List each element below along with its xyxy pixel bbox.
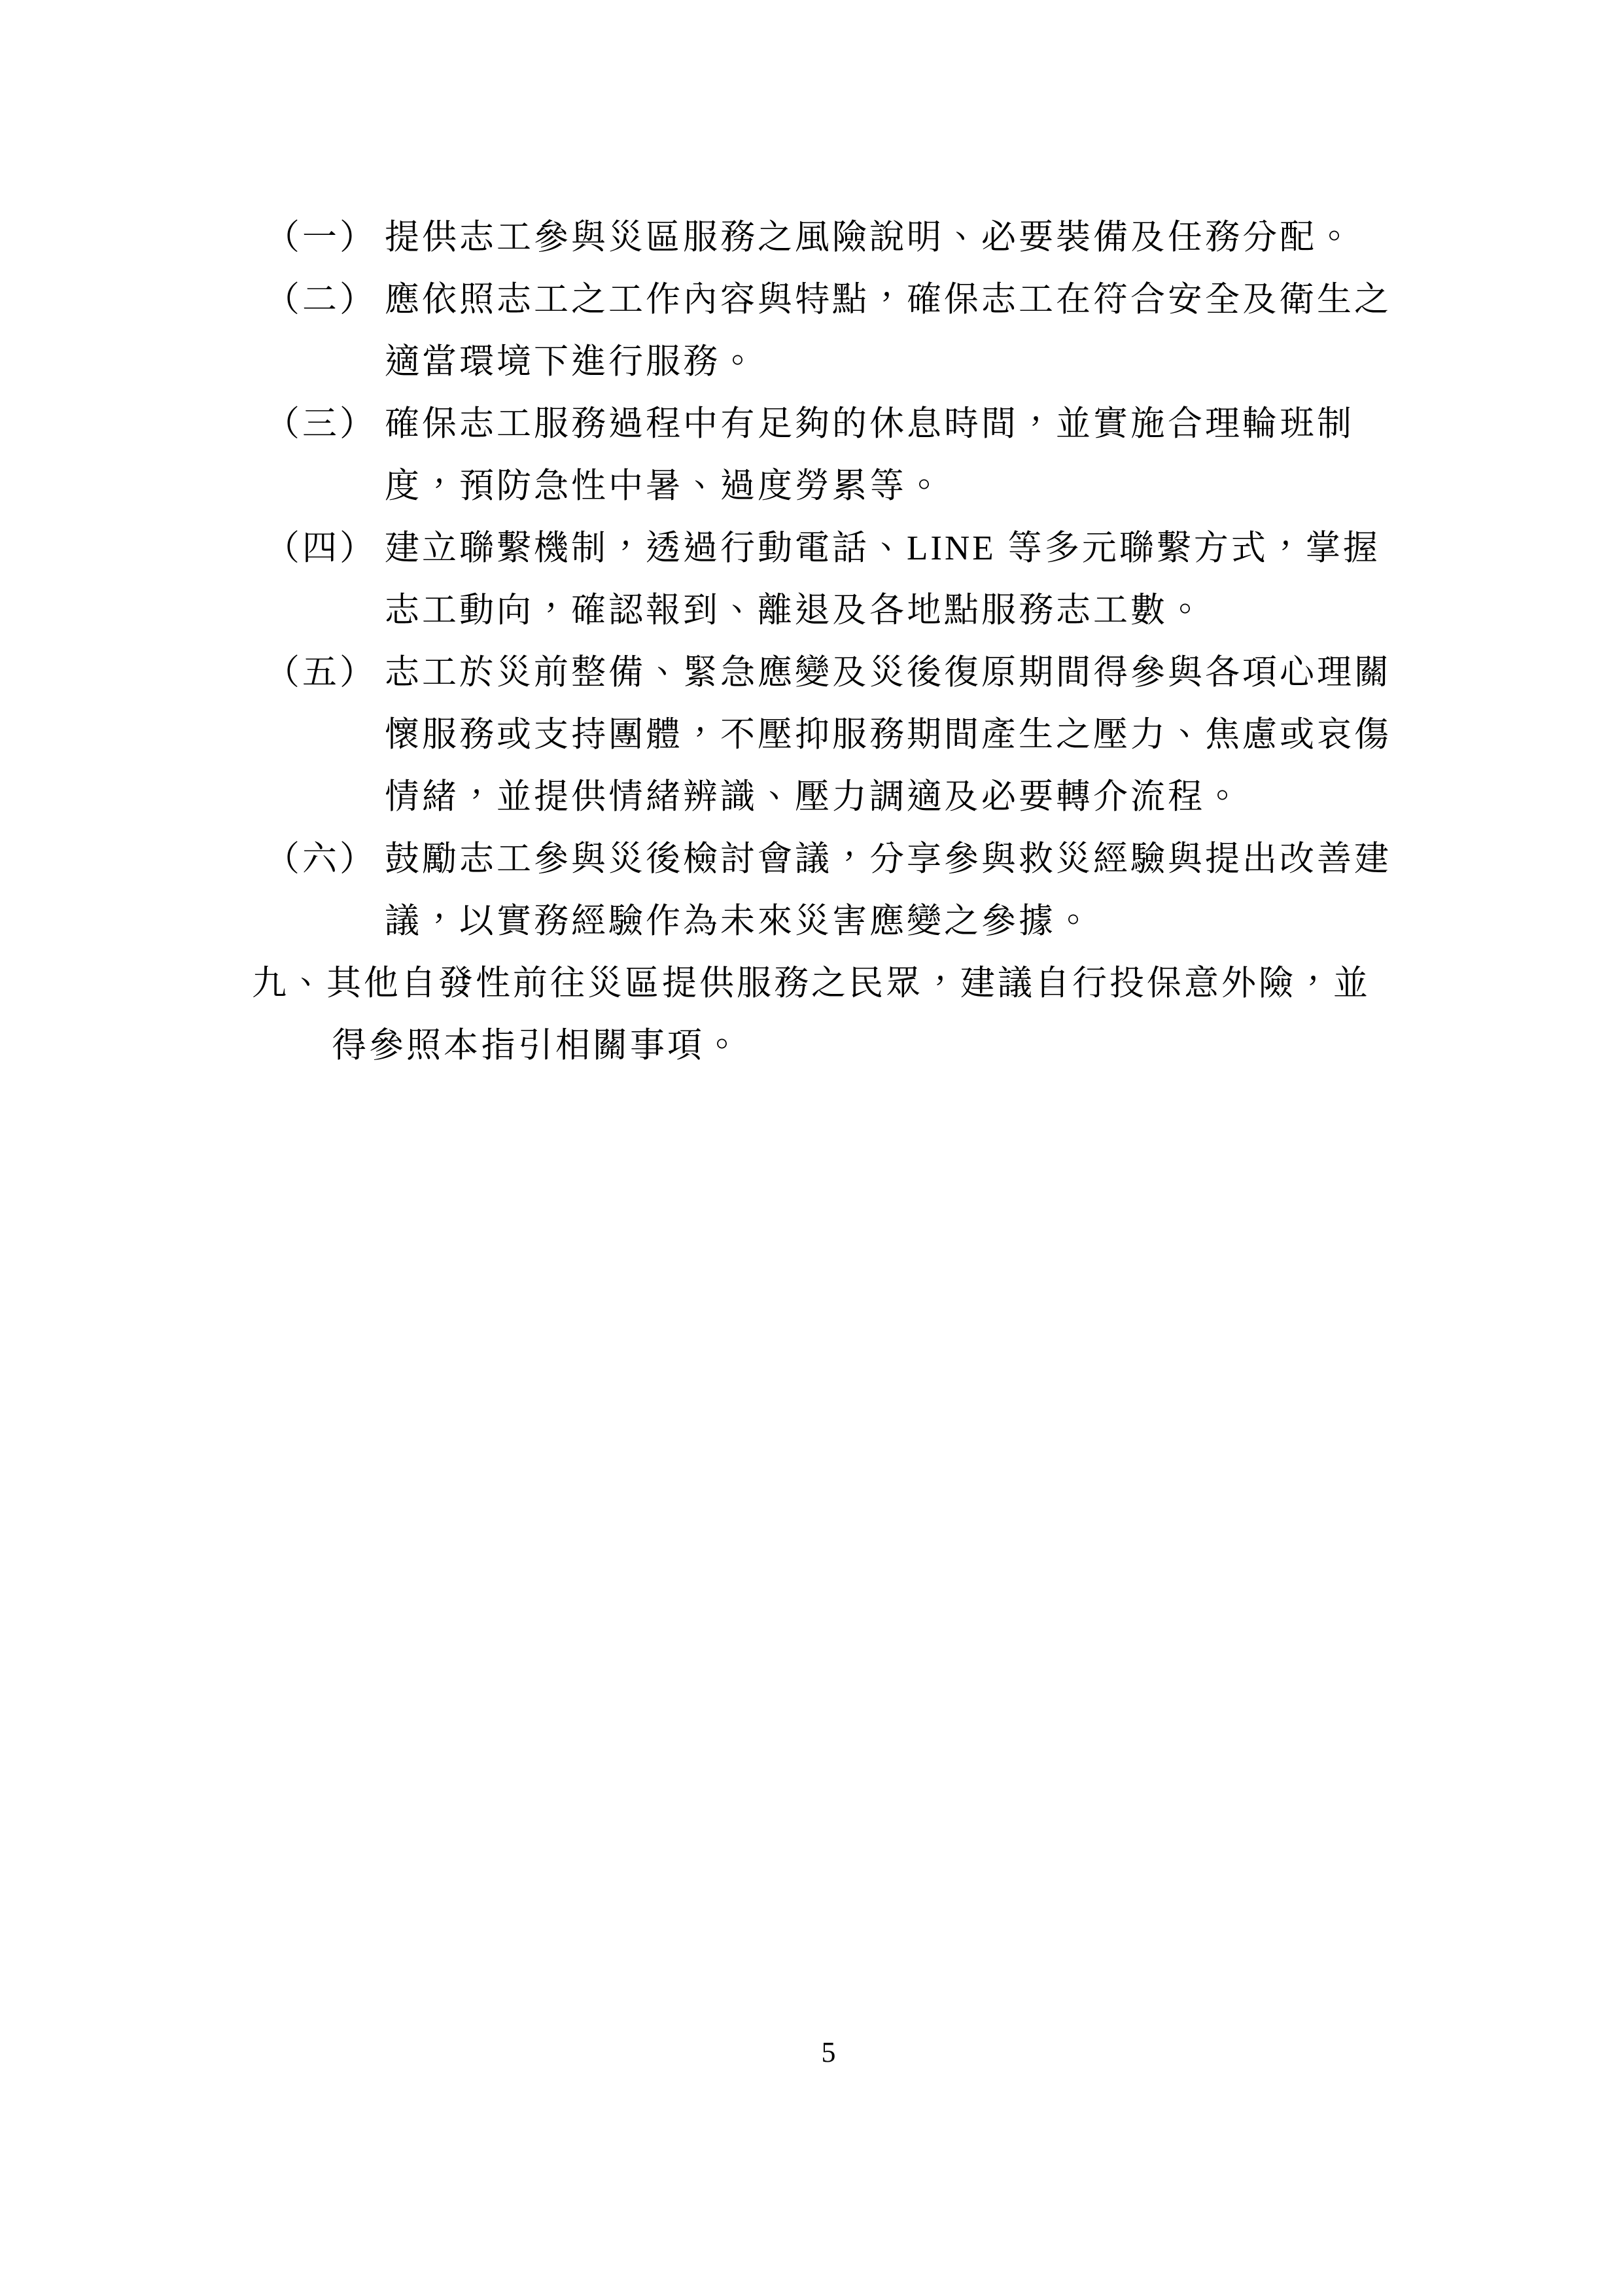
list-item-3-text-line-2: 度，預防急性中暑、過度勞累等。 [385,467,944,505]
list-item-9-continuation: 得參照本指引相關事項。 [252,1015,1403,1077]
list-item-1-text-line-1: 提供志工參與災區服務之風險說明、必要裝備及任務分配。 [385,219,1354,256]
list-item-2: （二）應依照志工之工作內容與特點，確保志工在符合安全及衛生之 [252,269,1403,331]
list-item-4-marker: （四） [265,518,385,580]
list-item-5-marker: （五） [265,642,385,704]
list-item-3-text-line-1: 確保志工服務過程中有足夠的休息時間，並實施合理輪班制 [385,405,1354,443]
list-item-5-continuation: 情緒，並提供情緒辨識、壓力調適及必要轉介流程。 [252,766,1403,828]
list-item-2-text-line-2: 適當環境下進行服務。 [385,343,758,381]
list-item-6-continuation: 議，以實務經驗作為未來災害應變之參據。 [252,891,1403,953]
list-item-3-marker: （三） [265,393,385,455]
list-item-1: （一）提供志工參與災區服務之風險說明、必要裝備及任務分配。 [252,207,1403,269]
list-item-4-continuation: 志工動向，確認報到、離退及各地點服務志工數。 [252,580,1403,642]
document-body: （一）提供志工參與災區服務之風險說明、必要裝備及任務分配。 （二）應依照志工之工… [252,207,1403,1077]
list-item-5-continuation: 懷服務或支持團體，不壓抑服務期間產生之壓力、焦慮或哀傷 [252,704,1403,766]
list-item-5-text-line-2: 懷服務或支持團體，不壓抑服務期間產生之壓力、焦慮或哀傷 [385,716,1391,754]
list-item-3-continuation: 度，預防急性中暑、過度勞累等。 [252,455,1403,518]
list-item-4-text-line-1: 建立聯繫機制，透過行動電話、LINE 等多元聯繫方式，掌握 [385,529,1380,567]
list-item-4-text-line-2: 志工動向，確認報到、離退及各地點服務志工數。 [385,592,1205,629]
list-item-2-text-line-1: 應依照志工之工作內容與特點，確保志工在符合安全及衛生之 [385,281,1391,319]
list-item-9-marker: 九、 [252,964,326,1002]
list-item-9: 九、其他自發性前往災區提供服務之民眾，建議自行投保意外險，並 [252,953,1403,1015]
list-item-5-text-line-1: 志工於災前整備、緊急應變及災後復原期間得參與各項心理關 [385,654,1391,692]
list-item-9-text-line-1: 其他自發性前往災區提供服務之民眾，建議自行投保意外險，並 [326,964,1370,1002]
list-item-6: （六）鼓勵志工參與災後檢討會議，分享參與救災經驗與提出改善建 [252,828,1403,891]
list-item-2-marker: （二） [265,269,385,331]
list-item-9-text-line-2: 得參照本指引相關事項。 [332,1027,742,1065]
list-item-6-text-line-1: 鼓勵志工參與災後檢討會議，分享參與救災經驗與提出改善建 [385,840,1391,878]
list-item-6-marker: （六） [265,828,385,891]
list-item-5: （五）志工於災前整備、緊急應變及災後復原期間得參與各項心理關 [252,642,1403,704]
list-item-3: （三）確保志工服務過程中有足夠的休息時間，並實施合理輪班制 [252,393,1403,455]
list-item-4: （四）建立聯繫機制，透過行動電話、LINE 等多元聯繫方式，掌握 [252,518,1403,580]
list-item-2-continuation: 適當環境下進行服務。 [252,331,1403,393]
list-item-1-marker: （一） [265,207,385,269]
list-item-5-text-line-3: 情緒，並提供情緒辨識、壓力調適及必要轉介流程。 [385,778,1242,816]
page-number: 5 [0,2036,1623,2069]
list-item-6-text-line-2: 議，以實務經驗作為未來災害應變之參據。 [385,902,1093,940]
document-page: （一）提供志工參與災區服務之風險說明、必要裝備及任務分配。 （二）應依照志工之工… [0,0,1623,2296]
